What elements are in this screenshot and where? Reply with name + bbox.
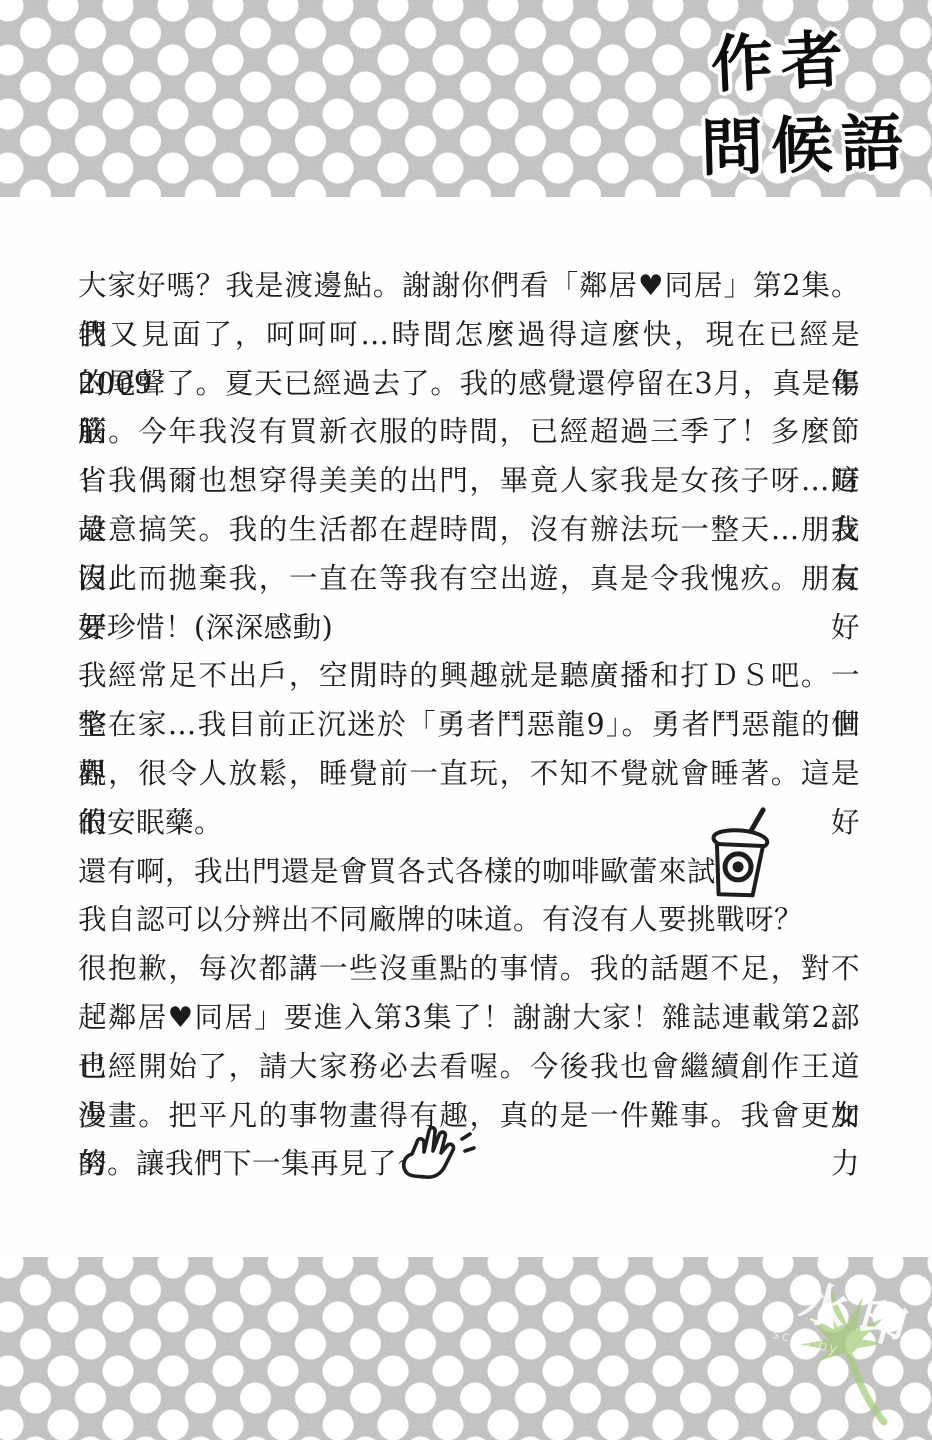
text-line: 宅在家…我目前正沉迷於「勇者鬥惡龍9」。勇者鬥惡龍的世界: [78, 701, 860, 750]
text-line: 很抱歉，每次都講一些沒重點的事情。我的話題不足，對不起。: [78, 945, 860, 994]
text-line: 故意搞笑。我的生活都在趕時間，沒有辦法玩一整天…朋友沒有: [78, 506, 860, 555]
text-line: 我經常足不出戶，空閒時的興趣就是聽廣播和打ＤＳ吧。一整個: [78, 652, 860, 701]
coffee-cup-icon: [692, 800, 789, 911]
text-line: 筋。今年我沒有買新衣服的時間，已經超過三季了！多麼節省呀: [78, 408, 860, 457]
page-title-line-2: 問候語: [700, 101, 912, 190]
text-line: ！我偶爾也想穿得美美的出門，畢竟人家我是女孩子呀…這是我: [78, 457, 860, 506]
text-line: 們又見面了，呵呵呵…時間怎麼過得這麼快，現在已經是2009年: [78, 311, 860, 360]
text-line: 的尾聲了。夏天已經過去了。我的感覺還停留在3月，真是傷腦: [78, 360, 860, 409]
watermark: scan by 水印: [760, 1252, 932, 1440]
author-note-text: 大家好嗎？我是渡邊鮎。謝謝你們看「鄰居♥同居」第2集。我 們又見面了，呵呵呵…時…: [78, 262, 860, 1189]
text-line: 大家好嗎？我是渡邊鮎。謝謝你們看「鄰居♥同居」第2集。我: [78, 262, 860, 311]
page-title-line-1: 作者: [697, 17, 853, 108]
page-title: 作者 問候語: [698, 17, 912, 190]
text-line: 觀，很令人放鬆，睡覺前一直玩，不知不覺就會睡著。這是很好: [78, 750, 860, 799]
text-line: 「鄰居♥同居」要進入第3集了！謝謝大家！雜誌連載第2部也: [78, 994, 860, 1043]
waving-hand-icon: [398, 1122, 482, 1188]
text-line: 已經開始了，請大家務必去看喔。今後我也會繼續創作王道少女: [78, 1043, 860, 1092]
text-line: 因此而拋棄我，一直在等我有空出遊，真是令我愧疚。朋友要好: [78, 555, 860, 604]
